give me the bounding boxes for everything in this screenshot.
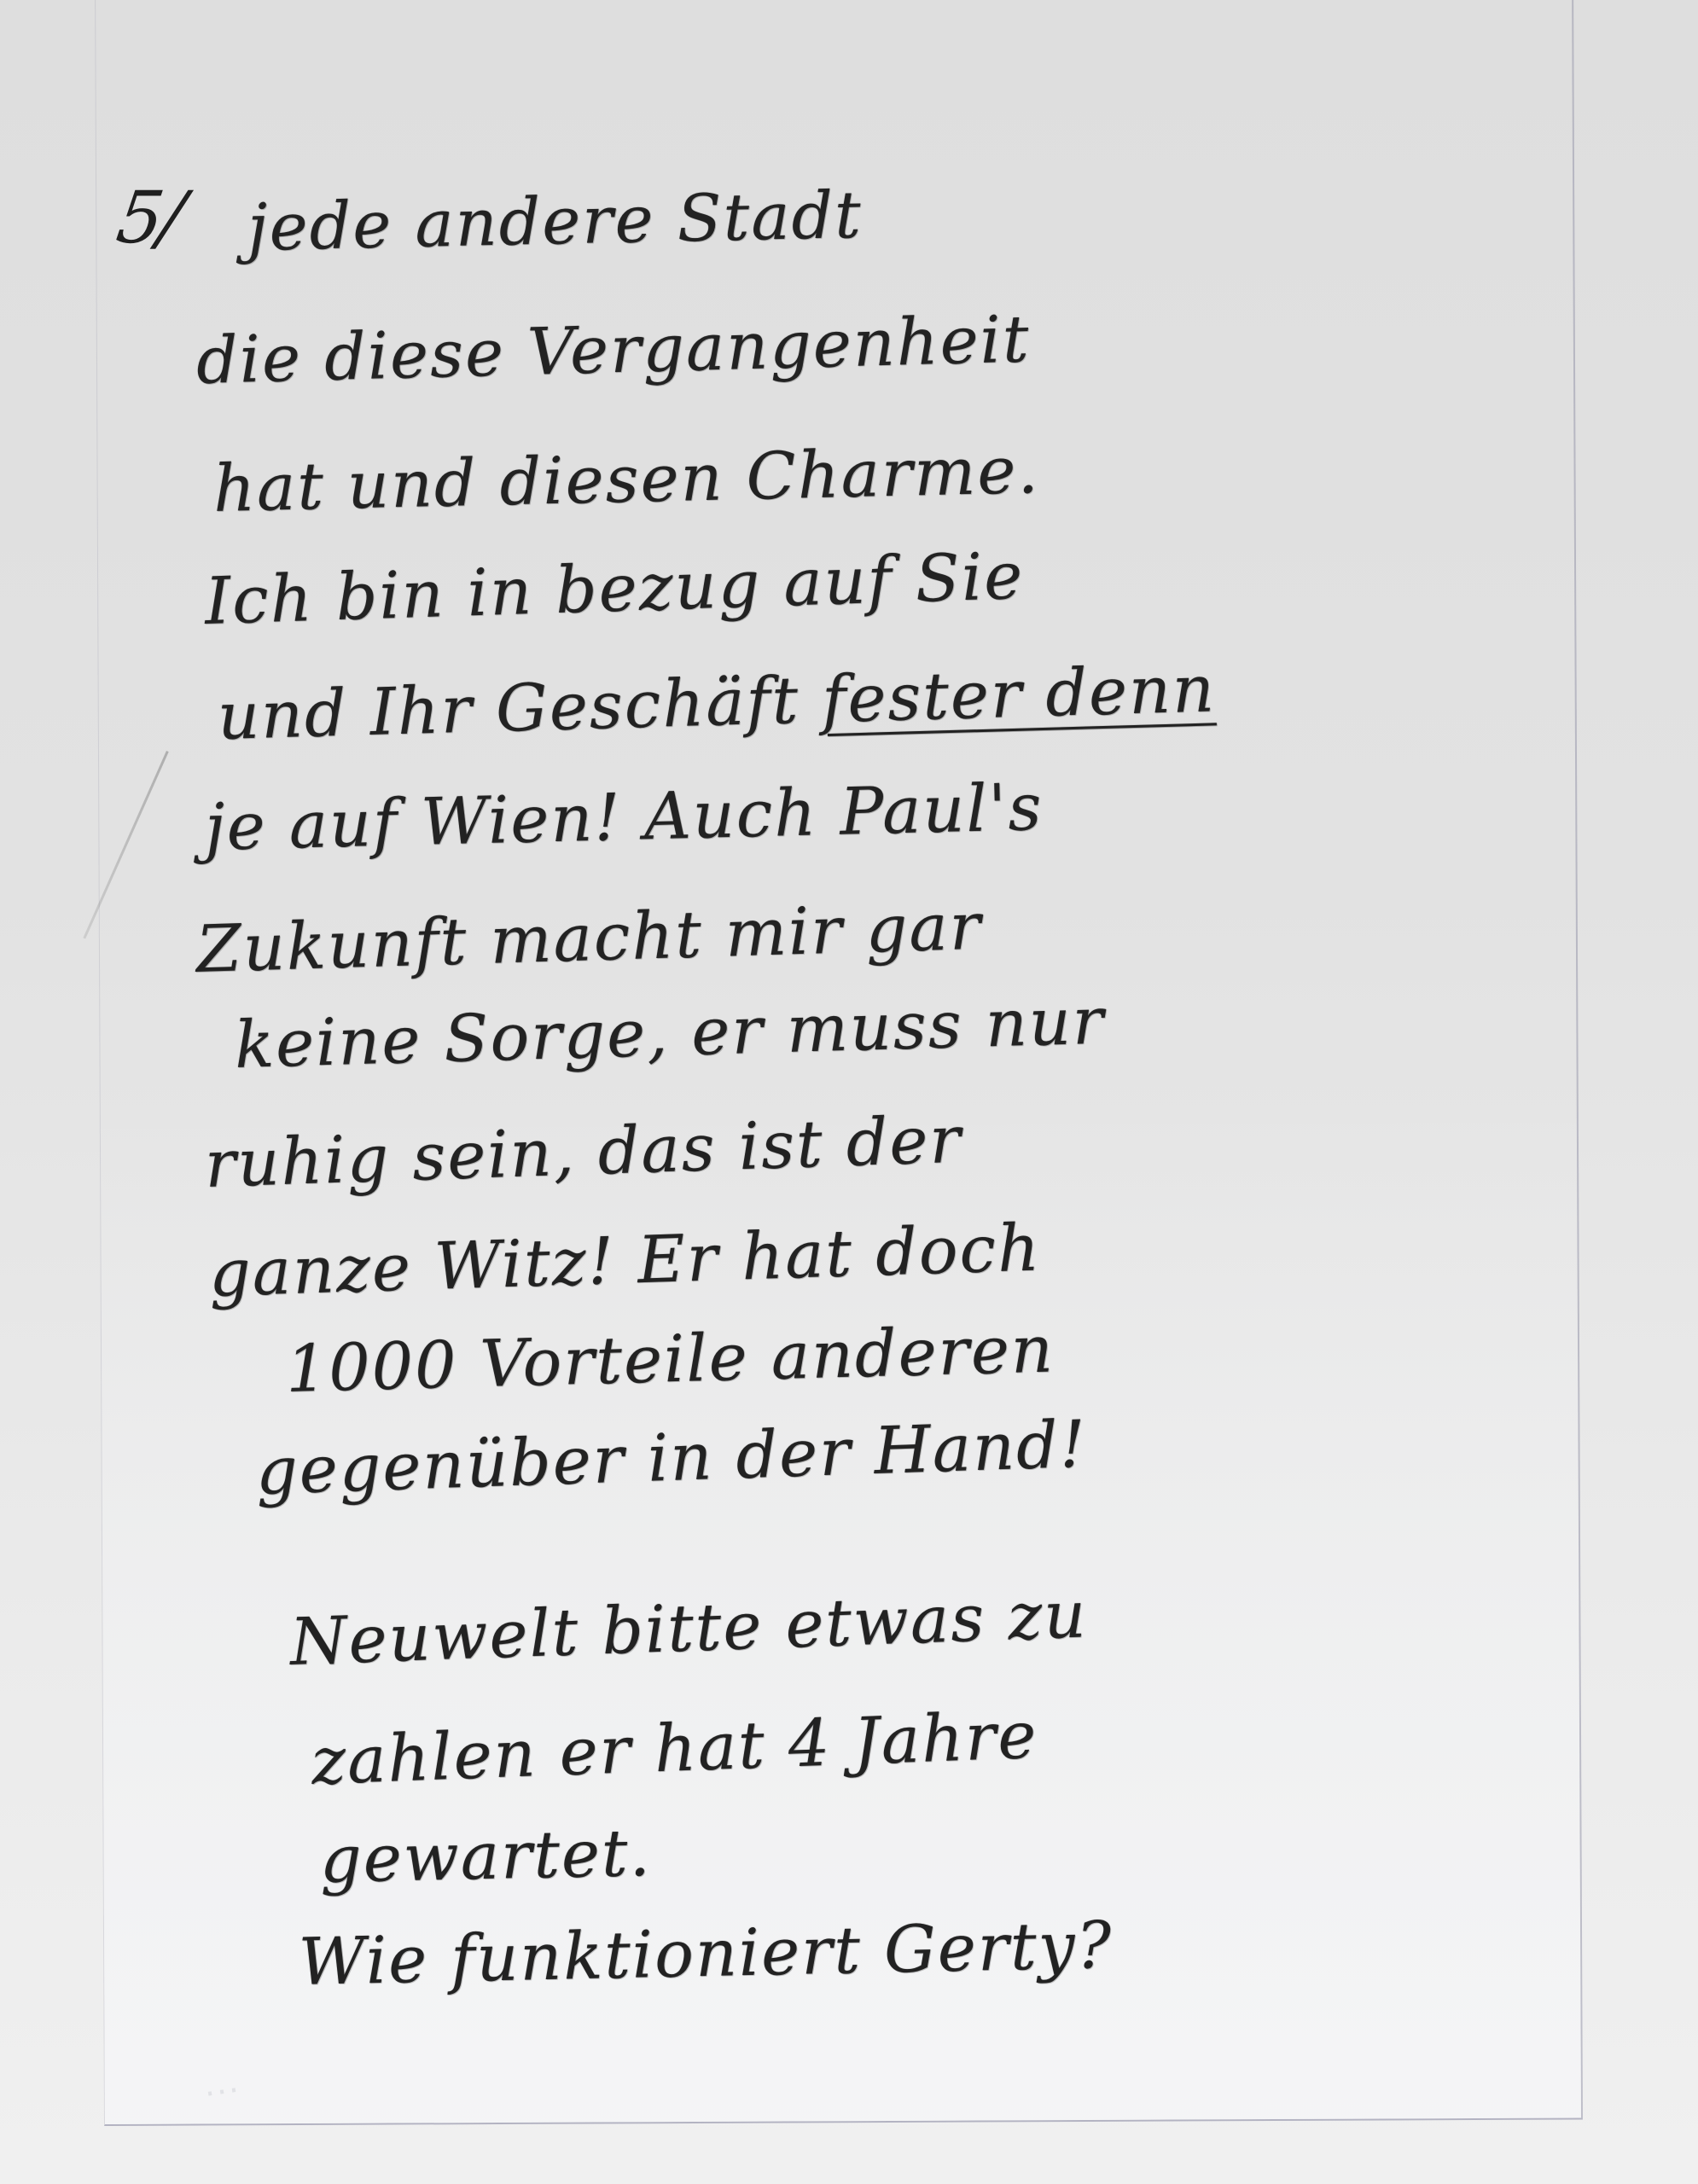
handwritten-line-15: gewartet. <box>319 1815 652 1897</box>
underlined-phrase: fester denn <box>821 650 1217 737</box>
faint-archive-stamp: ··· <box>202 2071 243 2112</box>
handwritten-line-1: jede andere Stadt <box>247 177 864 265</box>
page-number: 5/ <box>112 176 187 259</box>
